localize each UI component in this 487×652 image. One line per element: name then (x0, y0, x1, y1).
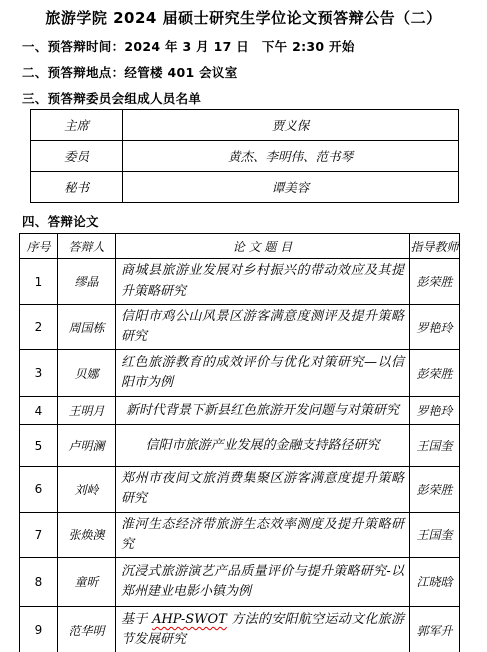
paper-title: 商城县旅游业发展对乡村振兴的带动效应及其提升策略研究 (116, 259, 410, 305)
paper-row: 6 刘岭 郑州市夜间文旅消费集聚区游客满意度提升策略研究 彭荣胜 (20, 467, 460, 512)
committee-names: 黄杰、李明伟、范书琴 (123, 141, 459, 172)
paper-title: 信阳市鸡公山风景区游客满意度测评及提升策略研究 (116, 305, 410, 350)
paper-defender: 张焕澳 (58, 512, 116, 557)
paper-no: 4 (20, 397, 58, 425)
paper-title: 郑州市夜间文旅消费集聚区游客满意度提升策略研究 (116, 467, 410, 512)
paper-advisor: 罗艳玲 (410, 397, 460, 425)
title-text: 基于 (121, 612, 152, 627)
announcement-document: 旅游学院 2024 届硕士研究生学位论文预答辩公告（二） 一、预答辩时间：202… (0, 8, 487, 652)
paper-row: 1 缪晶 商城县旅游业发展对乡村振兴的带动效应及其提升策略研究 彭荣胜 (20, 259, 460, 305)
paper-no: 2 (20, 305, 58, 350)
paper-defender: 王明月 (58, 397, 116, 425)
section-defense-time: 一、预答辩时间：2024 年 3 月 17 日 下午 2:30 开始 (22, 40, 487, 54)
paper-no: 5 (20, 425, 58, 467)
paper-advisor: 王国奎 (410, 425, 460, 467)
paper-row: 7 张焕澳 淮河生态经济带旅游生态效率测度及提升策略研究 王国奎 (20, 512, 460, 557)
paper-advisor: 江晓晗 (410, 557, 460, 606)
committee-table: 主席 贾义保 委员 黄杰、李明伟、范书琴 秘书 谭美容 (30, 109, 459, 203)
paper-title: 淮河生态经济带旅游生态效率测度及提升策略研究 (116, 512, 410, 557)
committee-row: 主席 贾义保 (31, 110, 459, 141)
paper-row: 3 贝娜 红色旅游教育的成效评价与优化对策研究—以信阳市为例 彭荣胜 (20, 350, 460, 397)
header-defender: 答辩人 (58, 234, 116, 259)
paper-advisor: 罗艳玲 (410, 305, 460, 350)
paper-title: 基于 AHP-SWOT 方法的安阳航空运动文化旅游节发展研究 (116, 606, 410, 652)
paper-row: 4 王明月 新时代背景下新县红色旅游开发问题与对策研究 罗艳玲 (20, 397, 460, 425)
paper-row: 9 范华明 基于 AHP-SWOT 方法的安阳航空运动文化旅游节发展研究 郭军升 (20, 606, 460, 652)
paper-defender: 周国栋 (58, 305, 116, 350)
committee-role: 委员 (31, 141, 123, 172)
committee-names: 谭美容 (123, 172, 459, 203)
paper-defender: 贝娜 (58, 350, 116, 397)
paper-no: 8 (20, 557, 58, 606)
page-title: 旅游学院 2024 届硕士研究生学位论文预答辩公告（二） (10, 8, 477, 28)
paper-title: 红色旅游教育的成效评价与优化对策研究—以信阳市为例 (116, 350, 410, 397)
header-no: 序号 (20, 234, 58, 259)
paper-advisor: 彭荣胜 (410, 259, 460, 305)
section-papers-heading: 四、答辩论文 (22, 215, 487, 229)
spellcheck-flagged-term: AHP-SWOT (152, 612, 227, 627)
paper-no: 3 (20, 350, 58, 397)
paper-advisor: 彭荣胜 (410, 350, 460, 397)
paper-defender: 刘岭 (58, 467, 116, 512)
paper-title: 沉浸式旅游演艺产品质量评价与提升策略研究-以郑州建业电影小镇为例 (116, 557, 410, 606)
paper-advisor: 郭军升 (410, 606, 460, 652)
committee-row: 委员 黄杰、李明伟、范书琴 (31, 141, 459, 172)
paper-row: 2 周国栋 信阳市鸡公山风景区游客满意度测评及提升策略研究 罗艳玲 (20, 305, 460, 350)
paper-title: 新时代背景下新县红色旅游开发问题与对策研究 (116, 397, 410, 425)
paper-no: 6 (20, 467, 58, 512)
section-committee-heading: 三、预答辩委员会组成人员名单 (22, 92, 487, 106)
papers-table: 序号 答辩人 论 文 题 目 指导教师 1 缪晶 商城县旅游业发展对乡村振兴的带… (19, 233, 460, 652)
paper-defender: 范华明 (58, 606, 116, 652)
paper-row: 8 童昕 沉浸式旅游演艺产品质量评价与提升策略研究-以郑州建业电影小镇为例 江晓… (20, 557, 460, 606)
paper-defender: 卢明澜 (58, 425, 116, 467)
section-defense-place: 二、预答辩地点：经管楼 401 会议室 (22, 66, 487, 80)
committee-row: 秘书 谭美容 (31, 172, 459, 203)
papers-header-row: 序号 答辩人 论 文 题 目 指导教师 (20, 234, 460, 259)
paper-no: 9 (20, 606, 58, 652)
header-advisor: 指导教师 (410, 234, 460, 259)
paper-no: 1 (20, 259, 58, 305)
committee-role: 秘书 (31, 172, 123, 203)
paper-title: 信阳市旅游产业发展的金融支持路径研究 (116, 425, 410, 467)
paper-advisor: 王国奎 (410, 512, 460, 557)
paper-defender: 缪晶 (58, 259, 116, 305)
paper-row: 5 卢明澜 信阳市旅游产业发展的金融支持路径研究 王国奎 (20, 425, 460, 467)
paper-defender: 童昕 (58, 557, 116, 606)
header-title: 论 文 题 目 (116, 234, 410, 259)
paper-no: 7 (20, 512, 58, 557)
paper-advisor: 彭荣胜 (410, 467, 460, 512)
committee-names: 贾义保 (123, 110, 459, 141)
committee-role: 主席 (31, 110, 123, 141)
